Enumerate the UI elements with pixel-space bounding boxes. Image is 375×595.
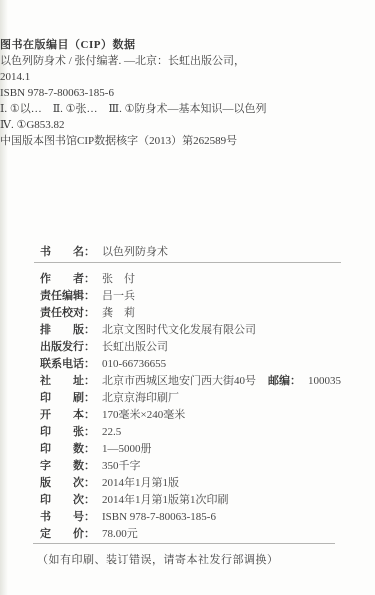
info-value: 170毫米×240毫米: [102, 406, 185, 422]
cip-record-number-line: 中国版本图书馆CIP数据核字（2013）第262589号: [0, 133, 357, 149]
info-row-book-title: 书 名： 以色列防身术: [40, 243, 341, 256]
info-value: 吕一兵: [102, 287, 135, 303]
info-label: 字 数：: [40, 457, 95, 473]
cip-section: 图书在版编目（CIP）数据 以色列防身术 / 张付编著. —北京：长虹出版公司，…: [0, 37, 357, 149]
info-value: 010-66736655: [102, 358, 166, 370]
info-value: 1—5000册: [102, 440, 152, 456]
info-value: 北京京海印刷厂: [102, 389, 179, 405]
info-value: 以色列防身术: [102, 243, 168, 259]
info-label: 定 价：: [40, 525, 95, 541]
info-value: 22.5: [102, 426, 121, 438]
info-label: 作 者：: [40, 270, 95, 286]
info-row-print-run: 印 数： 1—5000册: [40, 440, 341, 457]
info-row-typesetting: 排 版： 北京文图时代文化发展有限公司: [40, 321, 341, 338]
info-label: 印 刷：: [40, 389, 95, 405]
info-row-word-count: 字 数： 350千字: [40, 457, 341, 474]
info-label: 书 号：: [40, 508, 95, 524]
info-value: 长虹出版公司: [102, 338, 168, 354]
info-label: 版 次：: [40, 474, 95, 490]
info-row-price: 定 价： 78.00元: [40, 525, 341, 542]
info-row-proofreader: 责任校对： 龚 莉: [40, 304, 341, 321]
info-row-phone: 联系电话： 010-66736655: [40, 355, 341, 372]
info-label: 书 名：: [40, 243, 95, 259]
cip-classification-line-2: Ⅳ. ①G853.82: [0, 117, 357, 133]
info-row-printer: 印 刷： 北京京海印刷厂: [40, 389, 341, 406]
info-label: 印 次：: [40, 491, 95, 507]
info-row-sheets: 印 张： 22.5: [40, 423, 341, 440]
info-value: 350千字: [102, 457, 141, 473]
info-value: 北京市西城区地安门西大街40号: [102, 372, 256, 388]
info-row-impression: 印 次： 2014年1月第1版第1次印刷: [40, 491, 341, 508]
info-row-address: 社 址： 北京市西城区地安门西大街40号 邮编： 100035: [40, 372, 341, 389]
info-value: 张 付: [102, 270, 135, 286]
publication-info-table: 书 名： 以色列防身术 作 者： 张 付 责任编辑： 吕一兵 责任校对： 龚 莉…: [40, 243, 341, 542]
cip-classification-line-1: Ⅰ. ①以… Ⅱ. ①张… Ⅲ. ①防身术—基本知识—以色列: [0, 101, 357, 117]
info-label: 社 址：: [40, 372, 95, 388]
exchange-note: （如有印刷、装订错误，请寄本社发行部调换）: [37, 551, 279, 567]
info-label: 责任校对：: [40, 304, 95, 320]
info-row-author: 作 者： 张 付: [40, 270, 341, 287]
cip-entry-line-2: 2014.1: [0, 69, 357, 85]
info-label: 开 本：: [40, 406, 95, 422]
info-label: 责任编辑：: [40, 287, 95, 303]
info-row-editor: 责任编辑： 吕一兵: [40, 287, 341, 304]
info-value: ISBN 978-7-80063-185-6: [102, 511, 216, 523]
cip-entry-line-1: 以色列防身术 / 张付编著. —北京：长虹出版公司，: [0, 53, 357, 69]
info-label: 排 版：: [40, 321, 95, 337]
info-row-publisher: 出版发行： 长虹出版公司: [40, 338, 341, 355]
info-label: 印 张：: [40, 423, 95, 439]
cip-heading: 图书在版编目（CIP）数据: [0, 37, 357, 53]
info-label: 出版发行：: [40, 338, 95, 354]
divider-top: [34, 262, 341, 263]
cip-isbn-line: ISBN 978-7-80063-185-6: [0, 85, 357, 101]
info-row-isbn: 书 号： ISBN 978-7-80063-185-6: [40, 508, 341, 525]
info-row-format: 开 本： 170毫米×240毫米: [40, 406, 341, 423]
info-label: 联系电话：: [40, 355, 95, 371]
divider-bottom: [33, 543, 335, 544]
postcode-label: 邮编：: [268, 372, 301, 388]
info-label: 印 数：: [40, 440, 95, 456]
info-value: 78.00元: [102, 525, 138, 541]
info-value: 2014年1月第1版: [102, 474, 179, 490]
postcode-value: 100035: [308, 375, 341, 387]
info-value: 2014年1月第1版第1次印刷: [102, 491, 229, 507]
info-row-edition: 版 次： 2014年1月第1版: [40, 474, 341, 491]
info-value: 北京文图时代文化发展有限公司: [102, 321, 256, 337]
book-copyright-page: 图书在版编目（CIP）数据 以色列防身术 / 张付编著. —北京：长虹出版公司，…: [0, 0, 375, 595]
info-value: 龚 莉: [102, 304, 135, 320]
